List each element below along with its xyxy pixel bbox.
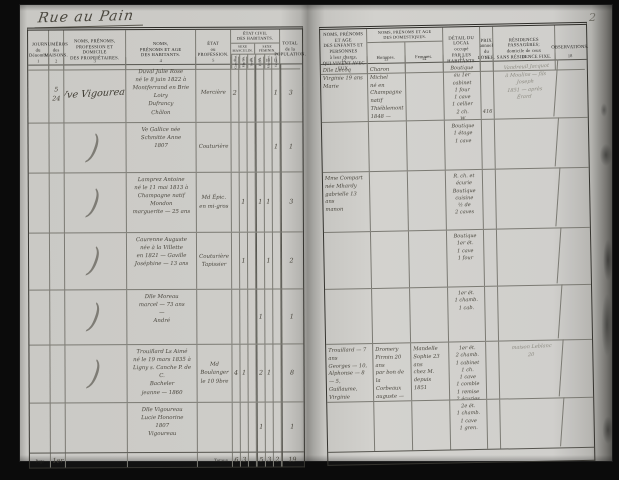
- flourish-mark: ): [90, 316, 100, 318]
- register-row-left: ) Ve Gallice née Schmitte Anne 1807 Cout…: [28, 122, 302, 173]
- cell-mariees: [264, 123, 272, 172]
- total-filles: 5: [257, 453, 266, 467]
- totals-row: Page 1er Totaux. 6 3 5 3 2 19: [30, 452, 304, 467]
- cell-residences: Vandreuil Jacquot à Moulins — fils Josep…: [492, 59, 558, 119]
- cell-domestiques-femmes: [410, 288, 449, 343]
- cell-habitants: Dlle Vigoureau Lucie Honorine 1807 Vigou…: [128, 403, 198, 452]
- cell-habitants: Lamprez Antoine né le 11 mai 1813 à Cham…: [127, 173, 197, 232]
- cell-veuves: [273, 172, 281, 231]
- cell-filles: 1: [257, 403, 266, 452]
- cell-numero-maison: [50, 173, 65, 232]
- cell-maries: 1: [240, 173, 248, 232]
- left-header-row: JOUR du Dénomb. NUMÉROS des MAISONS. NOM…: [28, 29, 302, 57]
- cell-maries: [239, 123, 247, 172]
- cell-garcons: [233, 403, 241, 452]
- cell-residences: [494, 117, 560, 169]
- cell-domestiques-femmes: [407, 121, 446, 171]
- totals-spacer: [66, 453, 128, 467]
- cell-garcons: [232, 290, 240, 344]
- cell-veufs: [247, 123, 255, 172]
- cell-numero-maison: [50, 233, 65, 289]
- cell-jour: [30, 404, 51, 453]
- cell-garcons: 4: [232, 345, 240, 402]
- cell-jour: [29, 291, 50, 345]
- col-number: 15: [444, 54, 481, 62]
- col-number: 9: [255, 57, 264, 64]
- cell-veufs: [248, 233, 256, 289]
- cell-residences: [495, 227, 561, 286]
- cell-veufs: [248, 173, 256, 232]
- col-number: 6: [231, 57, 239, 64]
- cell-garcons: 2: [231, 65, 239, 122]
- cell-numero-maison: [51, 403, 66, 452]
- cell-domestiques-femmes: [412, 401, 451, 451]
- register-scan: 2 Rue au Pain JOUR du Dénomb. NUMÉROS de…: [20, 5, 612, 461]
- cell-domestiques-femmes: Mandelle Sophie 23 ans chez M. depuis 18…: [411, 343, 450, 401]
- cell-maries: 1: [240, 233, 248, 289]
- cell-maries: [240, 290, 248, 344]
- cell-veuves: [273, 344, 281, 401]
- cell-residences: [499, 397, 565, 449]
- cell-total-row: 3: [280, 64, 300, 121]
- cell-detail-local: 1er ét. 2 chamb. 1 cabinet 1 ch. 1 cave …: [449, 342, 487, 400]
- cell-veuves: 1: [272, 122, 280, 171]
- cell-veufs: [247, 65, 255, 122]
- cell-enfants: [327, 402, 375, 452]
- cell-total-row: 1: [281, 289, 301, 343]
- cell-detail-local: Boutique au 1er cabinet 1 four 1 cave 1 …: [444, 62, 482, 120]
- cell-maries: [241, 403, 249, 452]
- cell-filles: [255, 65, 264, 122]
- cell-jour: [28, 66, 49, 123]
- register-row-left: 5 24 Vve Vigoureau Duval Julie Rose né l…: [28, 64, 302, 123]
- cell-total-row: 1: [280, 122, 300, 171]
- cell-total-row: 3: [281, 172, 301, 231]
- cell-maries: 1: [240, 345, 248, 402]
- cell-jour: [28, 124, 49, 173]
- col-number: 2: [49, 57, 64, 64]
- col-number: 14: [406, 55, 444, 63]
- register-row-right: Mme Compart née Mhardy gabrielle 13 ans …: [323, 168, 590, 233]
- col-number: 4: [126, 57, 196, 64]
- right-rows: Dlle Lecoq Virginie 19 ans Marie Charon …: [321, 60, 594, 453]
- cell-mariees: 1: [265, 173, 273, 232]
- cell-domestiques-hommes: [374, 401, 413, 451]
- cell-domestiques-hommes: [369, 121, 408, 171]
- cell-proprietaire: Vve Vigoureau: [64, 65, 126, 122]
- cell-jour: [29, 234, 50, 290]
- cell-observations: [559, 228, 589, 285]
- etat-civil-title: ÉTAT CIVIL DES HABITANTS.: [231, 30, 279, 44]
- totals-label: Totaux.: [198, 453, 233, 467]
- cell-filles: [256, 233, 265, 289]
- cell-habitants: Dlle Moreau marcel — 73 ans — André: [127, 290, 197, 344]
- cell-domestiques-hommes: Dromery Firmin 20 ans par bon de la Corb…: [373, 343, 412, 401]
- register-row-right: Trouillard — 7 ans Georges — 10, Alphons…: [326, 340, 593, 403]
- cell-enfants: Trouillard — 7 ans Georges — 10, Alphons…: [326, 344, 374, 402]
- cell-enfants: [325, 289, 373, 344]
- cell-enfants: [322, 122, 370, 172]
- cell-observations: [557, 118, 587, 168]
- col-number: 7: [239, 57, 247, 64]
- cell-domestiques-femmes: [409, 231, 448, 288]
- cell-veufs: [249, 403, 257, 452]
- cell-numero-maison: 5 24: [49, 65, 64, 122]
- total-maries: 3: [241, 453, 249, 467]
- cell-filles: [255, 123, 264, 172]
- cell-veuves: [273, 289, 281, 343]
- cell-proprietaire: ): [65, 233, 127, 289]
- register-row-right: Dlle Lecoq Virginie 19 ans Marie Charon …: [321, 60, 588, 123]
- register-row-right: 2e ét. 1 chamb. 1 cave 1 gren.: [327, 398, 594, 453]
- etat-civil-sexes: SEXE MASCULIN. SEXE FÉMININ.: [231, 43, 279, 55]
- cell-profession: Couturière: [196, 123, 231, 172]
- cell-filles: 1: [256, 290, 265, 344]
- cell-mariees: 1: [265, 345, 273, 402]
- cell-total-row: 1: [282, 402, 302, 451]
- register-row-left: ) Caurenne Auguste née à la Villette en …: [29, 232, 303, 290]
- cell-veuves: [273, 232, 281, 288]
- cell-detail-local: Boutique 1 étage 1 cave: [445, 120, 483, 170]
- total-mariees: 3: [266, 453, 274, 467]
- col-number: 16: [481, 54, 494, 61]
- cell-domestiques-hommes: [371, 231, 410, 288]
- cell-detail-local: Boutique 1er ét. 1 cave 1 four: [447, 230, 485, 287]
- cell-garcons: [231, 123, 239, 172]
- cell-jour: [29, 174, 50, 233]
- cell-proprietaire: ): [65, 173, 127, 232]
- cell-profession: Couturière Tapissier: [197, 233, 232, 289]
- cell-filles: 1: [256, 173, 265, 232]
- register-row-left: ) Dlle Moreau marcel — 73 ans — André 1 …: [29, 289, 303, 345]
- cell-observations: [561, 340, 591, 398]
- col-number: 8: [247, 57, 255, 64]
- flourish-mark: ): [89, 202, 99, 204]
- cell-maries: [239, 65, 247, 122]
- cell-domestiques-femmes: [408, 171, 447, 231]
- register-row-right: Boutique 1 étage 1 cave: [322, 118, 589, 173]
- cell-observations: [556, 60, 586, 118]
- label-sexe-masculin: SEXE MASCULIN.: [231, 43, 255, 54]
- page-label: Page: [30, 454, 51, 468]
- cell-detail-local: 2e ét. 1 chamb. 1 cave 1 gren.: [450, 400, 488, 450]
- cell-proprietaire: ): [65, 290, 127, 344]
- cell-veuves: [274, 402, 282, 451]
- cell-residences: maison Leblanc 20: [498, 339, 564, 399]
- col-number: 18: [556, 52, 585, 60]
- register-row-left: ) Trouillard Ls Aimé né le 19 mars 1835 …: [29, 344, 303, 403]
- cell-garcons: [232, 233, 240, 289]
- cell-mariees: [264, 65, 272, 122]
- col-number: 3: [64, 57, 126, 64]
- total-garcons: 6: [233, 453, 241, 467]
- cell-numero-maison: [49, 123, 64, 172]
- col-number: 13: [368, 55, 406, 63]
- cell-proprietaire: ): [65, 345, 127, 402]
- col-number: 5: [196, 57, 231, 64]
- domestiques-title: NOMS, PRÉNOMS ET AGE DES DOMESTIQUES.: [367, 28, 442, 43]
- register-row-right: 1er ét. 1 chamb. 1 cab.: [325, 285, 592, 345]
- screenshot-root: 2 Rue au Pain JOUR du Dénomb. NUMÉROS de…: [0, 0, 619, 480]
- register-row-right: Boutique 1er ét. 1 cave 1 four: [324, 228, 591, 290]
- cell-profession: Mercière: [196, 65, 231, 122]
- cell-numero-maison: [50, 345, 65, 402]
- cell-domestiques-hommes: [372, 288, 411, 343]
- total-veufs: [249, 453, 257, 467]
- col-number: 12: [321, 56, 368, 64]
- cell-domestiques-femmes: [406, 63, 445, 121]
- cell-filles: 2: [256, 345, 265, 402]
- cell-habitants: Trouillard Ls Aimé né le 19 mars 1835 à …: [127, 345, 197, 402]
- cell-proprietaire: ): [64, 123, 126, 172]
- cell-residences: [494, 167, 560, 229]
- page-number: 1er: [51, 453, 66, 467]
- cell-habitants: Duval Julie Rose né le 8 juin 1822 à Mon…: [126, 65, 196, 122]
- cell-profession: [198, 403, 233, 452]
- flourish-mark: ): [90, 373, 100, 375]
- cell-numero-maison: [50, 290, 65, 344]
- cell-jour: [29, 346, 50, 403]
- cell-veufs: [248, 345, 256, 402]
- cell-profession: Md Boulanger le 10 9bre: [197, 345, 232, 402]
- cell-detail-local: R. ch. et écurie Boutique cuisine ½ de 2…: [446, 170, 484, 230]
- cell-mariees: [266, 403, 274, 452]
- folio-number: 2: [589, 11, 596, 24]
- cell-domestiques-hommes: Charon Michel né en Champagne natif Thié…: [368, 63, 407, 121]
- cell-profession: [197, 290, 232, 344]
- cell-veufs: [248, 290, 256, 344]
- cell-observations: [560, 285, 590, 340]
- col-number: 10: [264, 57, 272, 64]
- street-title: Rue au Pain: [34, 8, 145, 29]
- totals-spacer: [128, 453, 198, 467]
- cell-veuves: 1: [272, 64, 280, 121]
- col-number: [280, 56, 300, 63]
- flourish-mark: ): [90, 260, 100, 262]
- cell-domestiques-hommes: [370, 171, 409, 231]
- cell-profession: Md Épic. en mi-gros: [197, 173, 232, 232]
- cell-mariees: [265, 290, 273, 344]
- cell-observations: [558, 168, 588, 228]
- cell-mariees: 1: [265, 233, 273, 289]
- cell-detail-local: 1er ét. 1 chamb. 1 cab.: [448, 287, 486, 342]
- register-row-left: ) Lamprez Antoine né le 11 mai 1813 à Ch…: [29, 172, 303, 233]
- census-table-left: JOUR du Dénomb. NUMÉROS des MAISONS. NOM…: [27, 26, 305, 468]
- cell-habitants: Caurenne Auguste née à la Villette en 18…: [127, 233, 197, 289]
- census-table-right: NOMS, PRÉNOMS ET AGE DES ENFANTS ET PERS…: [319, 22, 595, 466]
- flourish-mark: ): [89, 147, 99, 149]
- left-rows: 5 24 Vve Vigoureau Duval Julie Rose né l…: [28, 64, 304, 453]
- proprietaire-name: Vve Vigoureau: [64, 86, 126, 101]
- cell-enfants: Dlle Lecoq Virginie 19 ans Marie: [321, 64, 369, 122]
- cell-habitants: Ve Gallice née Schmitte Anne 1807: [126, 123, 196, 172]
- cell-garcons: [232, 173, 240, 232]
- total-general: 19: [282, 452, 302, 466]
- cell-total-row: 2: [281, 232, 301, 288]
- cell-proprietaire: [66, 403, 128, 452]
- col-number: 11: [272, 57, 280, 64]
- cell-observations: [562, 398, 592, 448]
- cell-enfants: Mme Compart née Mhardy gabrielle 13 ans …: [323, 172, 371, 232]
- register-row-left: Dlle Vigoureau Lucie Honorine 1807 Vigou…: [30, 402, 304, 453]
- cell-enfants: [324, 232, 372, 289]
- total-veuves: 2: [274, 452, 282, 466]
- cell-residences: [497, 284, 563, 341]
- col-number: 1: [28, 58, 49, 65]
- cell-total-row: 8: [281, 344, 301, 401]
